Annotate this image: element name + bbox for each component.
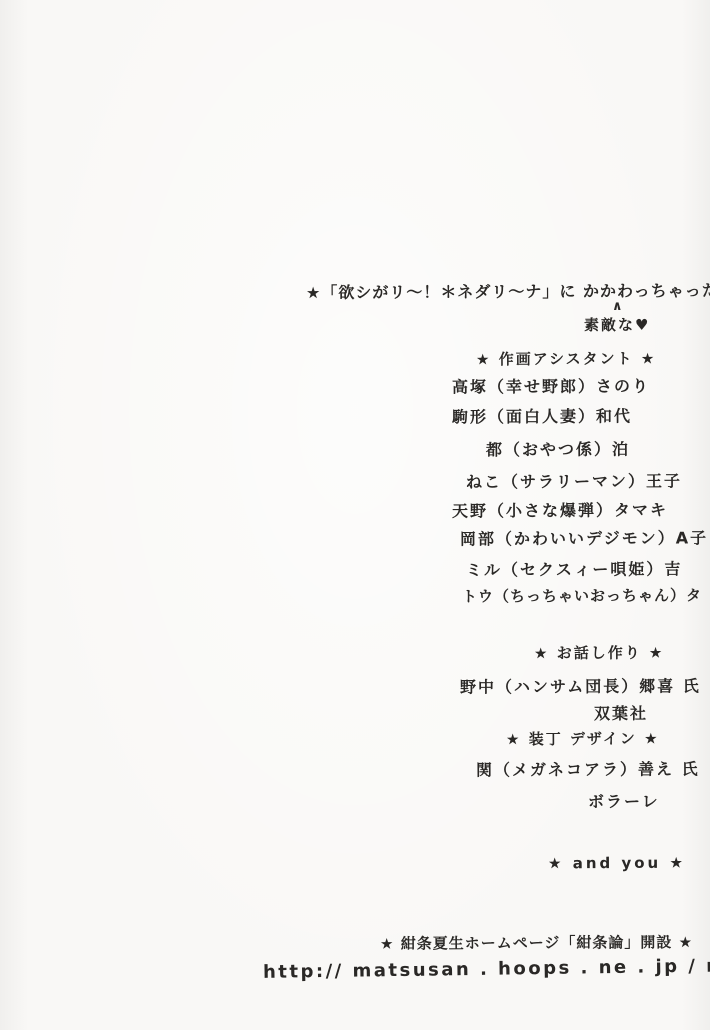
credit-entry: 野中（ハンサム団長）郷喜 氏 (460, 673, 701, 697)
section-heading-art-assistant: ★ 作画アシスタント ★ (476, 348, 656, 370)
homepage-url: http:// matsusan . hoops . ne . jp / nat… (263, 954, 710, 983)
credit-entry: 双葉社 (594, 701, 648, 724)
credit-entry: ミル（セクスィー唄姫）吉 (466, 556, 682, 580)
credits-title: ★「欲シがリ〜！＊ネダリ〜ナ」に かかわっちゃった人達★ (306, 278, 710, 303)
section-heading-story: ★ お話し作り ★ (534, 642, 664, 664)
insertion-caret: ∧ (612, 299, 623, 314)
credit-entry: 岡部（かわいいデジモン）A子 (460, 525, 708, 549)
title-annotation: 素敵な♥ (584, 314, 651, 335)
credit-entry: ボラーレ (588, 789, 660, 812)
credit-entry: ねこ（サラリーマン）王子 (466, 468, 682, 492)
credit-entry: 関（メガネコアラ）善え 氏 (476, 756, 700, 780)
credit-entry: 都（おやつ係）泊 (486, 437, 630, 461)
credit-entry: 駒形（面白人妻）和代 (452, 404, 632, 428)
credit-entry: 高塚（幸せ野郎）さのり (452, 373, 650, 397)
credit-entry: 天野（小さな爆弾）タマキ (452, 497, 668, 521)
credit-entry: トウ（ちっちゃいおっちゃん）タ (462, 584, 702, 606)
and-you-line: ★ and you ★ (548, 854, 686, 873)
section-heading-design: ★ 装丁 デザイン ★ (506, 728, 660, 750)
homepage-announcement: ★ 紺条夏生ホームページ「紺条論」開設 ★ (380, 931, 693, 954)
scanned-credits-page: ★「欲シがリ〜！＊ネダリ〜ナ」に かかわっちゃった人達★ ∧ 素敵な♥ ★ 作画… (0, 0, 710, 1030)
